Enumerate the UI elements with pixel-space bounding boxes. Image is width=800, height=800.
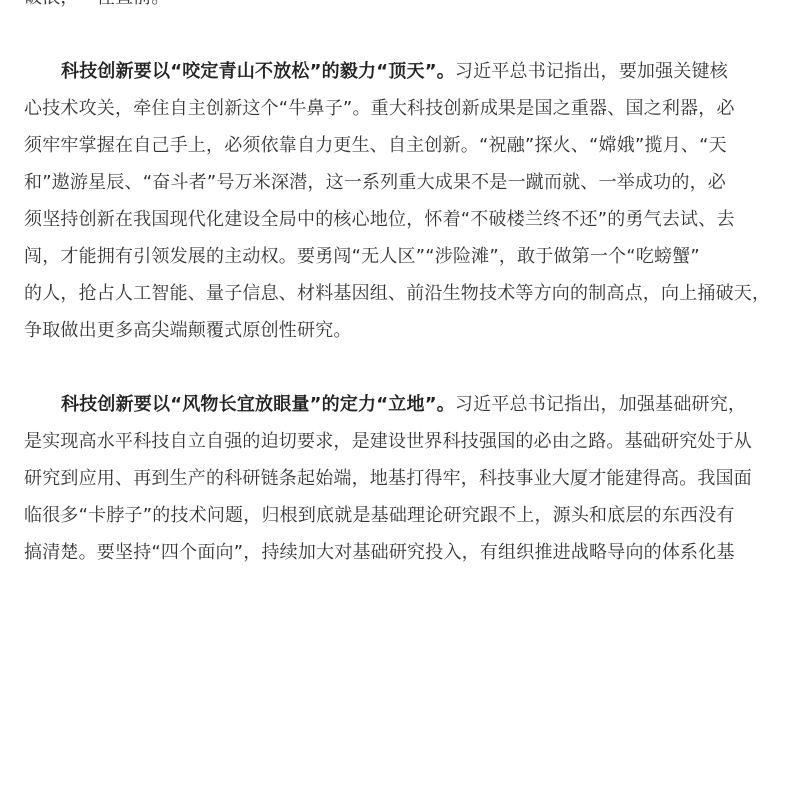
line-text: 破浪，一往直前。 <box>24 0 170 8</box>
text-line: 闯，才能拥有引领发展的主动权。要勇闯“无人区”“涉险滩”，敢于做第一个“吃螃蟹” <box>24 238 780 275</box>
line-text: 须坚持创新在我国现代化建设全局中的核心地位，怀着“不破楼兰终不还”的勇气去试、去 <box>24 209 735 230</box>
line-text: 搞清楚。要坚持“四个面向”，持续加大对基础研究投入，有组织推进战略导向的体系化基 <box>24 542 735 563</box>
paragraph-lead-line: 科技创新要以“风物长宜放眼量”的定力“立地”。习近平总书记指出，加强基础研究， <box>24 386 780 423</box>
article-body: 破浪，一往直前。 科技创新要以“咬定青山不放松”的毅力“顶天”。习近平总书记指出… <box>24 0 780 571</box>
text-line: 是实现高水平科技自立自强的迫切要求，是建设世界科技强国的必由之路。基础研究处于从 <box>24 423 780 460</box>
line-text: 和”遨游星辰、“奋斗者”号万米深潜，这一系列重大成果不是一蹴而就、一举成功的，必 <box>24 172 726 193</box>
paragraph-heading: 科技创新要以“咬定青山不放松”的毅力“顶天”。 <box>61 61 455 82</box>
paragraph-lead-line: 科技创新要以“咬定青山不放松”的毅力“顶天”。习近平总书记指出，要加强关键核 <box>24 53 780 90</box>
text-line: 和”遨游星辰、“奋斗者”号万米深潜，这一系列重大成果不是一蹴而就、一举成功的，必 <box>24 164 780 201</box>
line-text: 的人，抢占人工智能、量子信息、材料基因组、前沿生物技术等方向的制高点，向上捅破天… <box>24 283 770 304</box>
line-text: 研究到应用、再到生产的科研链条起始端，地基打得牢，科技事业大厦才能建得高。我国面 <box>24 468 752 489</box>
line-text: 是实现高水平科技自立自强的迫切要求，是建设世界科技强国的必由之路。基础研究处于从 <box>24 431 752 452</box>
line-text: 须牢牢掌握在自己手上，必须依靠自力更生、自主创新。“祝融”探火、“嫦娥”揽月、“… <box>24 135 727 156</box>
blank-line <box>24 16 780 53</box>
paragraph-heading: 科技创新要以“风物长宜放眼量”的定力“立地”。 <box>61 394 455 415</box>
text-line: 须坚持创新在我国现代化建设全局中的核心地位，怀着“不破楼兰终不还”的勇气去试、去 <box>24 201 780 238</box>
line-text: 心技术攻关，牵住自主创新这个“牛鼻子”。重大科技创新成果是国之重器、国之利器，必 <box>24 98 735 119</box>
text-line: 须牢牢掌握在自己手上，必须依靠自力更生、自主创新。“祝融”探火、“嫦娥”揽月、“… <box>24 127 780 164</box>
line-text: 习近平总书记指出，加强基础研究， <box>455 394 746 415</box>
text-line: 争取做出更多高尖端颠覆式原创性研究。 <box>24 312 780 349</box>
text-line: 研究到应用、再到生产的科研链条起始端，地基打得牢，科技事业大厦才能建得高。我国面 <box>24 460 780 497</box>
text-line: 搞清楚。要坚持“四个面向”，持续加大对基础研究投入，有组织推进战略导向的体系化基 <box>24 534 780 571</box>
text-line: 破浪，一往直前。 <box>24 0 780 16</box>
blank-line <box>24 349 780 386</box>
line-text: 习近平总书记指出，要加强关键核 <box>455 61 728 82</box>
line-text: 争取做出更多高尖端颠覆式原创性研究。 <box>24 320 352 341</box>
text-line: 的人，抢占人工智能、量子信息、材料基因组、前沿生物技术等方向的制高点，向上捅破天… <box>24 275 780 312</box>
text-line: 临很多“卡脖子”的技术问题，归根到底就是基础理论研究跟不上，源头和底层的东西没有 <box>24 497 780 534</box>
text-line: 心技术攻关，牵住自主创新这个“牛鼻子”。重大科技创新成果是国之重器、国之利器，必 <box>24 90 780 127</box>
line-text: 闯，才能拥有引领发展的主动权。要勇闯“无人区”“涉险滩”，敢于做第一个“吃螃蟹” <box>24 246 700 267</box>
line-text: 临很多“卡脖子”的技术问题，归根到底就是基础理论研究跟不上，源头和底层的东西没有 <box>24 505 735 526</box>
